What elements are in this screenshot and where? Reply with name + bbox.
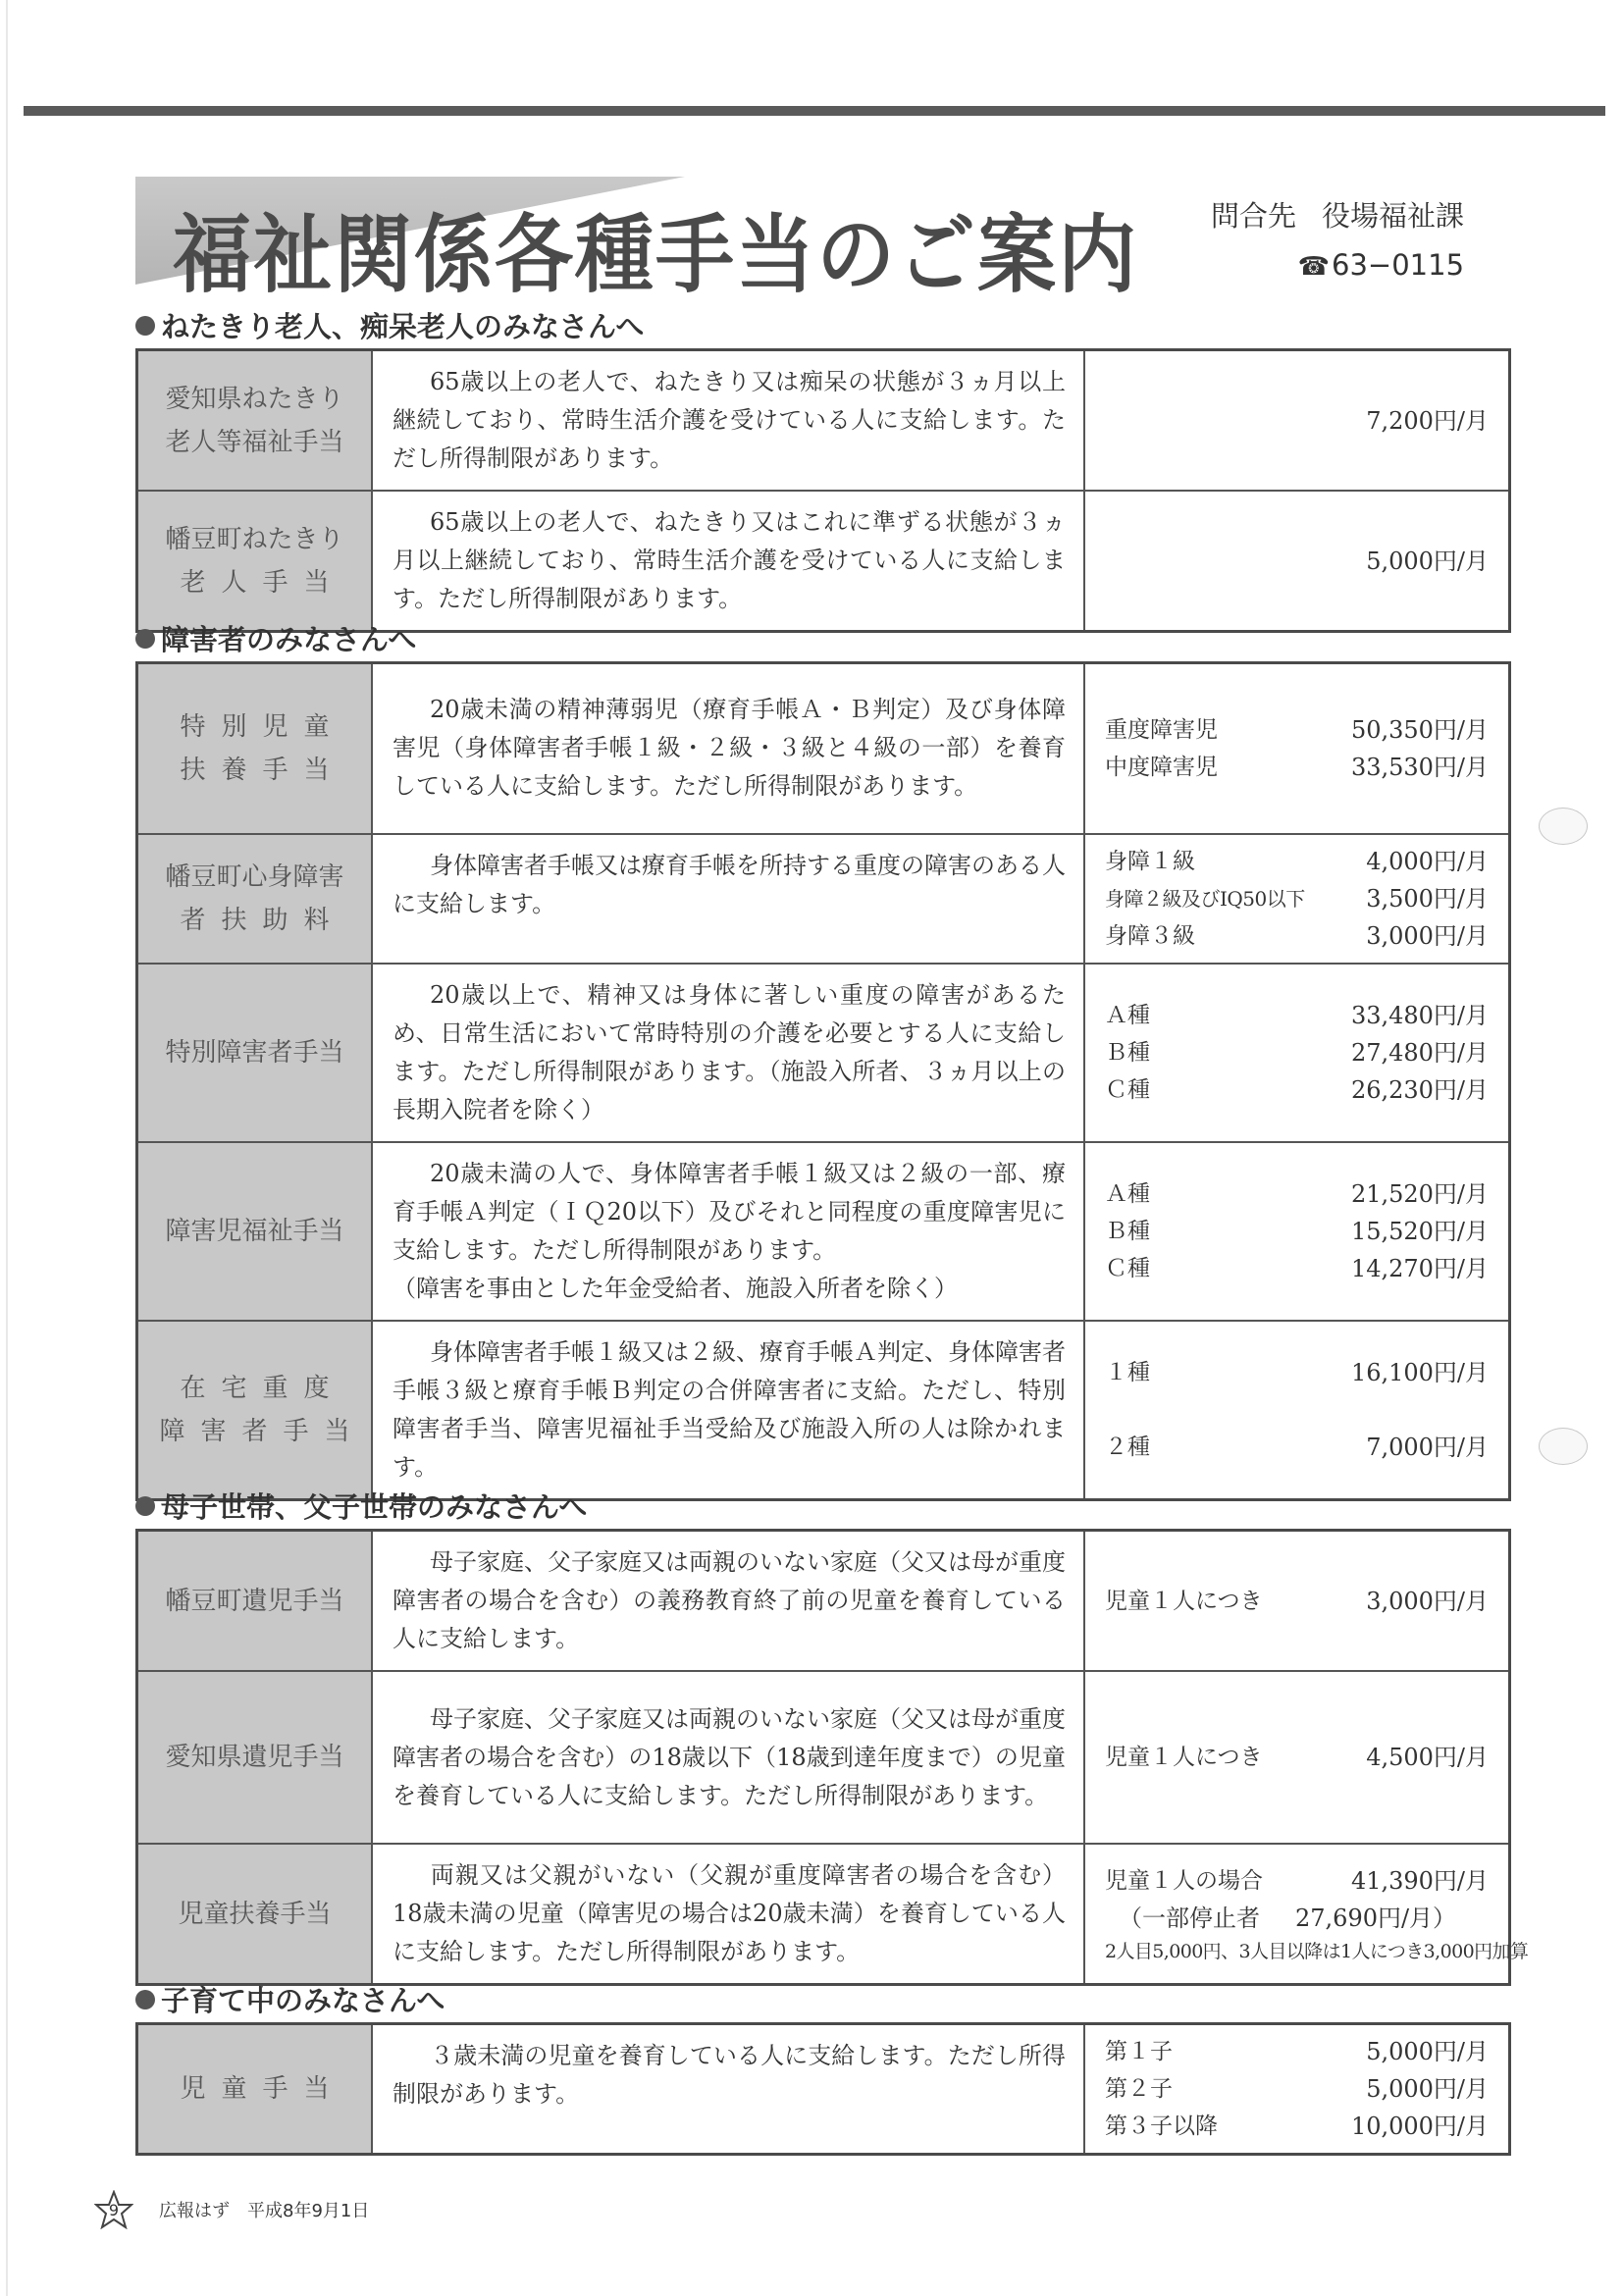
table-row: 幡豆町遺児手当 母子家庭、父子家庭又は両親のいない家庭（父又は母が重度障害者の場… [137,1531,1510,1672]
allowance-amount: 重度障害児50,350円/月 中度障害児33,530円/月 [1084,663,1510,834]
phone-number: 63−0115 [1332,248,1464,282]
contact-label: 問合先 [1211,199,1296,233]
section-bedridden-elderly: ねたきり老人、痴呆老人のみなさんへ 愛知県ねたきり老人等福祉手当 65歳以上の老… [135,305,1511,633]
section-heading: 母子世帯、父子世帯のみなさんへ [135,1486,1511,1529]
page-number-badge: 9 [94,2190,133,2229]
allowance-name: 幡豆町ねたきり老人手当 [137,491,373,632]
table-row: 特別障害者手当 20歳以上で、精神又は身体に著しい重度の障害があるため、日常生活… [137,964,1510,1142]
section-heading: 子育て中のみなさんへ [135,1979,1511,2022]
table-row: 障害児福祉手当 20歳未満の人で、身体障害者手帳１級又は２級の一部、療育手帳Ａ判… [137,1142,1510,1321]
allowance-amount: 5,000円/月 [1084,491,1510,632]
table-row: 幡豆町ねたきり老人手当 65歳以上の老人で、ねたきり又はこれに準ずる状態が３ヵ月… [137,491,1510,632]
table-row: 在宅重度障害者手当 身体障害者手帳１級又は２級、療育手帳Ａ判定、身体障害者手帳３… [137,1321,1510,1500]
allowance-name: 幡豆町遺児手当 [137,1531,373,1672]
allowance-amount: 児童１人につき3,000円/月 [1084,1531,1510,1672]
phone-icon: ☎ [1298,252,1330,282]
page-title: 福祉関係各種手当のご案内 [173,186,1138,308]
allowance-description: 65歳以上の老人で、ねたきり又は痴呆の状態が３ヵ月以上継続しており、常時生活介護… [372,350,1084,492]
benefits-table: 幡豆町遺児手当 母子家庭、父子家庭又は両親のいない家庭（父又は母が重度障害者の場… [135,1529,1511,1986]
allowance-description: ３歳未満の児童を養育している人に支給します。ただし所得制限があります。 [372,2024,1084,2155]
top-rule [24,106,1605,116]
allowance-description: 65歳以上の老人で、ねたきり又はこれに準ずる状態が３ヵ月以上継続しており、常時生… [372,491,1084,632]
publication-name: 広報はず [159,2201,230,2221]
section-disabled: 障害者のみなさんへ 特別児童扶養手当 20歳未満の精神薄弱児（療育手帳Ａ・Ｂ判定… [135,618,1511,1501]
section-single-parent: 母子世帯、父子世帯のみなさんへ 幡豆町遺児手当 母子家庭、父子家庭又は両親のいな… [135,1486,1511,1986]
table-row: 特別児童扶養手当 20歳未満の精神薄弱児（療育手帳Ａ・Ｂ判定）及び身体障害児（身… [137,663,1510,834]
bullet-icon [135,1496,155,1516]
allowance-name: 愛知県遺児手当 [137,1671,373,1844]
benefits-table: 特別児童扶養手当 20歳未満の精神薄弱児（療育手帳Ａ・Ｂ判定）及び身体障害児（身… [135,661,1511,1501]
punch-hole [1539,808,1588,845]
section-heading: ねたきり老人、痴呆老人のみなさんへ [135,305,1511,348]
contact-info: 問合先役場福祉課 ☎63−0115 [1211,194,1464,282]
benefits-table: 愛知県ねたきり老人等福祉手当 65歳以上の老人で、ねたきり又は痴呆の状態が３ヵ月… [135,348,1511,633]
contact-office: 役場福祉課 [1322,199,1464,233]
page-number: 9 [94,2201,133,2219]
allowance-description: 20歳未満の人で、身体障害者手帳１級又は２級の一部、療育手帳Ａ判定（ＩＱ20以下… [372,1142,1084,1321]
allowance-name: 児童扶養手当 [137,1844,373,1985]
allowance-description: 20歳以上で、精神又は身体に著しい重度の障害があるため、日常生活において常時特別… [372,964,1084,1142]
allowance-description: 両親又は父親がいない（父親が重度障害者の場合を含む）18歳未満の児童（障害児の場… [372,1844,1084,1985]
allowance-description: 母子家庭、父子家庭又は両親のいない家庭（父又は母が重度障害者の場合を含む）の18… [372,1671,1084,1844]
benefits-table: 児童手当 ３歳未満の児童を養育している人に支給します。ただし所得制限があります。… [135,2022,1511,2156]
allowance-name: 愛知県ねたきり老人等福祉手当 [137,350,373,492]
table-row: 児童手当 ３歳未満の児童を養育している人に支給します。ただし所得制限があります。… [137,2024,1510,2155]
allowance-amount: Ａ種21,520円/月 Ｂ種15,520円/月 Ｃ種14,270円/月 [1084,1142,1510,1321]
additional-child-note: 2人目5,000円、3人目以降は1人につき3,000円加算 [1105,1937,1500,1966]
allowance-amount: 児童１人につき4,500円/月 [1084,1671,1510,1844]
allowance-description: 身体障害者手帳１級又は２級、療育手帳Ａ判定、身体障害者手帳３級と療育手帳Ｂ判定の… [372,1321,1084,1500]
description-note: （障害を事由とした年金受給者、施設入所者を除く） [393,1275,958,1302]
table-row: 幡豆町心身障害者扶助料 身体障害者手帳又は療育手帳を所持する重度の障害のある人に… [137,834,1510,964]
allowance-description: 母子家庭、父子家庭又は両親のいない家庭（父又は母が重度障害者の場合を含む）の義務… [372,1531,1084,1672]
allowance-name: 特別児童扶養手当 [137,663,373,834]
allowance-amount: 児童１人の場合41,390円/月 （一部停止者27,690円/月） 2人目5,0… [1084,1844,1510,1985]
bullet-icon [135,1990,155,2009]
section-child-rearing: 子育て中のみなさんへ 児童手当 ３歳未満の児童を養育している人に支給します。ただ… [135,1979,1511,2156]
allowance-amount: 身障１級4,000円/月 身障２級及びIQ50以下3,500円/月 身障３級3,… [1084,834,1510,964]
scan-edge [6,0,8,2296]
table-row: 愛知県ねたきり老人等福祉手当 65歳以上の老人で、ねたきり又は痴呆の状態が３ヵ月… [137,350,1510,492]
allowance-description: 身体障害者手帳又は療育手帳を所持する重度の障害のある人に支給します。 [372,834,1084,964]
allowance-amount: １種16,100円/月 ２種7,000円/月 [1084,1321,1510,1500]
bullet-icon [135,316,155,336]
allowance-amount: 第１子5,000円/月 第２子5,000円/月 第３子以降10,000円/月 [1084,2024,1510,2155]
allowance-name: 幡豆町心身障害者扶助料 [137,834,373,964]
allowance-description: 20歳未満の精神薄弱児（療育手帳Ａ・Ｂ判定）及び身体障害児（身体障害者手帳１級・… [372,663,1084,834]
allowance-name: 児童手当 [137,2024,373,2155]
allowance-name: 障害児福祉手当 [137,1142,373,1321]
table-row: 児童扶養手当 両親又は父親がいない（父親が重度障害者の場合を含む）18歳未満の児… [137,1844,1510,1985]
table-row: 愛知県遺児手当 母子家庭、父子家庭又は両親のいない家庭（父又は母が重度障害者の場… [137,1671,1510,1844]
punch-hole [1539,1428,1588,1465]
allowance-amount: Ａ種33,480円/月 Ｂ種27,480円/月 Ｃ種26,230円/月 [1084,964,1510,1142]
page-footer: 9 広報はず平成8年9月1日 [94,2190,369,2229]
partial-suspension: （一部停止者27,690円/月） [1105,1900,1500,1937]
page-header: 福祉関係各種手当のご案内 [135,177,1215,285]
publication-date: 平成8年9月1日 [247,2201,369,2221]
allowance-amount: 7,200円/月 [1084,350,1510,492]
allowance-name: 在宅重度障害者手当 [137,1321,373,1500]
bullet-icon [135,629,155,649]
section-heading: 障害者のみなさんへ [135,618,1511,661]
allowance-name: 特別障害者手当 [137,964,373,1142]
